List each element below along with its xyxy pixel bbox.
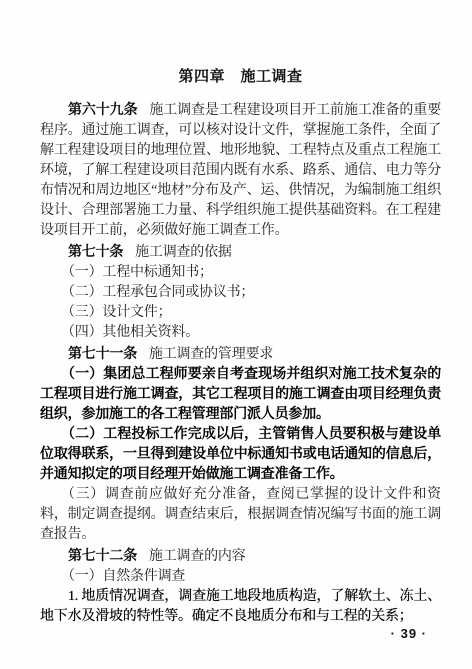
paragraph: 第七十二条施工调查的内容 (40, 545, 441, 567)
page-number: · 39 · (391, 626, 427, 641)
paragraph: 第六十九条施工调查是工程建设项目开工前施工准备的重要程序。通过施工调查，可以核对… (40, 99, 441, 241)
paragraph-text: （一）集团总工程师要亲自考查现场并组织对施工技术复杂的工程项目进行施工调查，其它… (40, 367, 441, 422)
paragraph-text: （二）工程承包合同或协议书； (61, 285, 254, 300)
paragraphs: 第六十九条施工调查是工程建设项目开工前施工准备的重要程序。通过施工调查，可以核对… (40, 99, 441, 627)
chapter-title: 第四章 施工调查 (40, 66, 441, 88)
paragraph: 第七十一条施工调查的管理要求 (40, 343, 441, 365)
paragraph: （一）自然条件调查 (40, 567, 441, 587)
article-number: 第七十二条 (68, 547, 137, 563)
paragraph-text: 施工调查的内容 (149, 549, 246, 564)
paragraph-text: 1. 地质情况调查，调查施工地段地质构造，了解软土、冻土、地下水及滑坡的特性等。… (40, 589, 441, 624)
paragraph: （二）工程承包合同或协议书； (40, 283, 441, 303)
paragraph: （一）集团总工程师要亲自考查现场并组织对施工技术复杂的工程项目进行施工调查，其它… (40, 365, 441, 425)
paragraph: （四）其他相关资料。 (40, 323, 441, 343)
paragraph: （三）设计文件； (40, 303, 441, 323)
article-number: 第七十一条 (68, 345, 137, 361)
paragraph-text: （一）自然条件调查 (61, 569, 185, 584)
paragraph-text: （四）其他相关资料。 (61, 325, 199, 340)
paragraph-text: （三）调查前应做好充分准备，查阅已掌握的设计文件和资料，制定调查提纲。调查结束后… (40, 487, 441, 542)
article-number: 第六十九条 (68, 101, 137, 117)
paragraph-text: （三）设计文件； (61, 305, 171, 320)
paragraph-text: 施工调查的依据 (135, 245, 232, 260)
article-number: 第七十条 (68, 243, 123, 259)
paragraph-text: 施工调查是工程建设项目开工前施工准备的重要程序。通过施工调查，可以核对设计文件，… (40, 103, 441, 238)
paragraph: （三）调查前应做好充分准备，查阅已掌握的设计文件和资料，制定调查提纲。调查结束后… (40, 485, 441, 545)
paragraph-text: （一）工程中标通知书； (61, 265, 213, 280)
document-page: 第四章 施工调查 第六十九条施工调查是工程建设项目开工前施工准备的重要程序。通过… (0, 0, 472, 669)
paragraph-text: 施工调查的管理要求 (149, 347, 273, 362)
paragraph: （二）工程投标工作完成以后，主管销售人员要积极与建设单位取得联系，一旦得到建设单… (40, 425, 441, 485)
paragraph: 第七十条施工调查的依据 (40, 241, 441, 263)
paragraph: （一）工程中标通知书； (40, 263, 441, 283)
paragraph-text: （二）工程投标工作完成以后，主管销售人员要积极与建设单位取得联系，一旦得到建设单… (40, 427, 441, 482)
paragraph: 1. 地质情况调查，调查施工地段地质构造，了解软土、冻土、地下水及滑坡的特性等。… (40, 587, 441, 627)
